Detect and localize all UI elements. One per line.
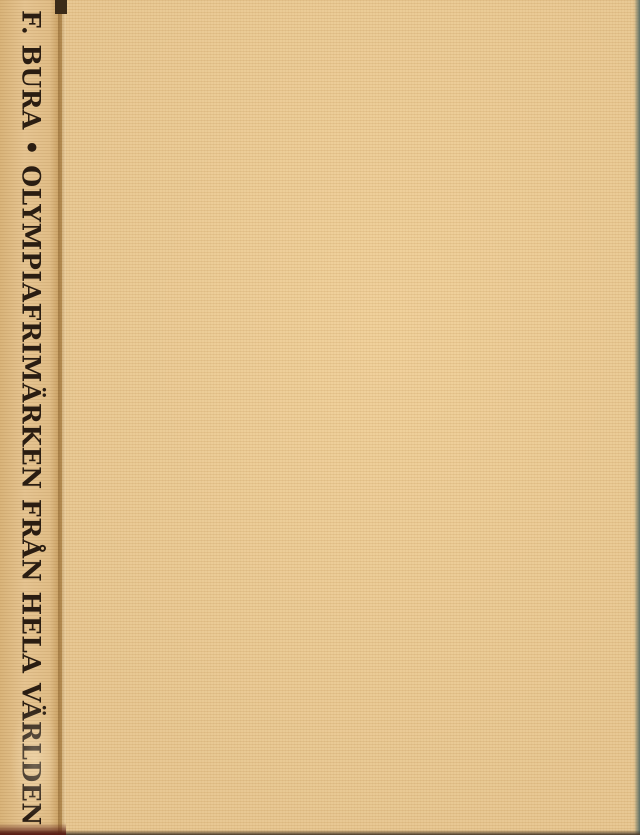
spine-top-edge [55,0,67,14]
book-spine: F. BURA • OLYMPIAFRIMÄRKEN FRÅN HELA VÄR… [0,0,62,835]
spine-author: F. BURA [17,10,46,130]
cover-hinge [58,0,66,835]
spine-bottom-fray [0,823,66,835]
cover-bottom-edge [0,830,640,835]
cover-right-edge [634,0,640,835]
spine-separator: • [17,139,46,156]
front-cover-cloth [0,0,640,835]
book-cover: F. BURA • OLYMPIAFRIMÄRKEN FRÅN HELA VÄR… [0,0,640,835]
spine-wear [10,700,60,820]
